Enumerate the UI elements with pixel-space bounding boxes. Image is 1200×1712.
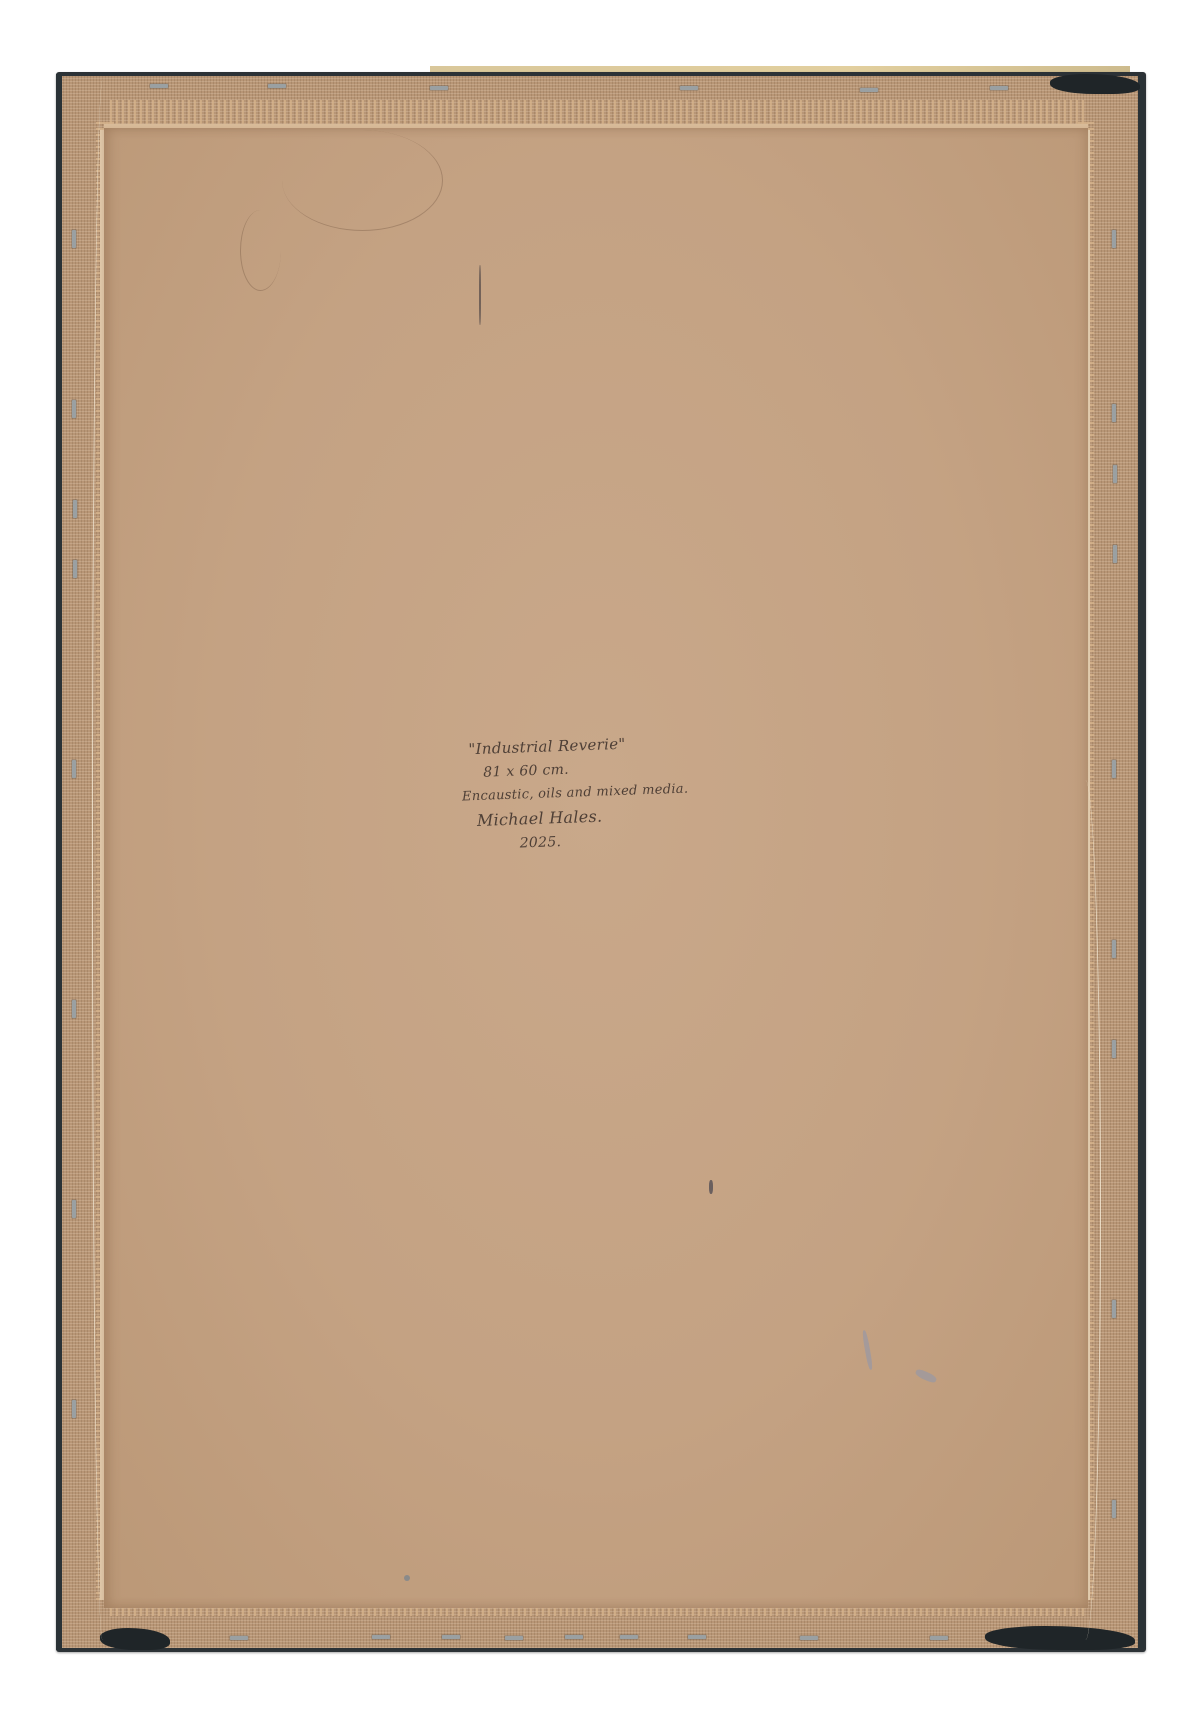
staple — [1112, 940, 1116, 958]
staple — [372, 1635, 390, 1639]
graphite-mark — [709, 1180, 713, 1194]
staple — [565, 1635, 583, 1639]
loose-thread — [92, 80, 113, 1640]
staple — [1112, 230, 1116, 248]
staple — [1113, 465, 1117, 483]
staple — [72, 1200, 76, 1218]
staple — [1112, 1300, 1116, 1318]
staple — [930, 1636, 948, 1640]
fringe-top — [110, 100, 1085, 126]
staple — [430, 86, 448, 90]
left-frame-edge — [56, 74, 62, 1650]
staple — [1112, 1040, 1116, 1058]
backing-board — [104, 128, 1088, 1608]
pencil-mark — [240, 210, 281, 291]
staple — [505, 1636, 523, 1640]
staple — [268, 84, 286, 88]
right-frame-edge — [1138, 76, 1144, 1648]
staple — [1112, 404, 1116, 422]
staple — [72, 1400, 76, 1418]
staple — [442, 1635, 460, 1639]
hardware-dot — [404, 1575, 410, 1581]
staple — [1112, 1500, 1116, 1518]
staple — [150, 84, 168, 88]
staple — [230, 1636, 248, 1640]
staple — [73, 560, 77, 578]
staple — [680, 86, 698, 90]
staple — [1112, 760, 1116, 778]
loose-thread — [1070, 780, 1101, 1640]
staple — [800, 1636, 818, 1640]
artist-inscription: "Industrial Reverie" 81 x 60 cm. Encaust… — [468, 729, 712, 857]
staple — [72, 400, 76, 418]
staple — [72, 760, 76, 778]
staple — [1113, 545, 1117, 563]
staple — [620, 1635, 638, 1639]
staple — [990, 86, 1008, 90]
pencil-line — [479, 265, 481, 325]
staple — [688, 1635, 706, 1639]
staple — [72, 1000, 76, 1018]
staple — [73, 500, 77, 518]
pencil-mark — [282, 130, 443, 231]
staple — [72, 230, 76, 248]
staple — [860, 88, 878, 92]
